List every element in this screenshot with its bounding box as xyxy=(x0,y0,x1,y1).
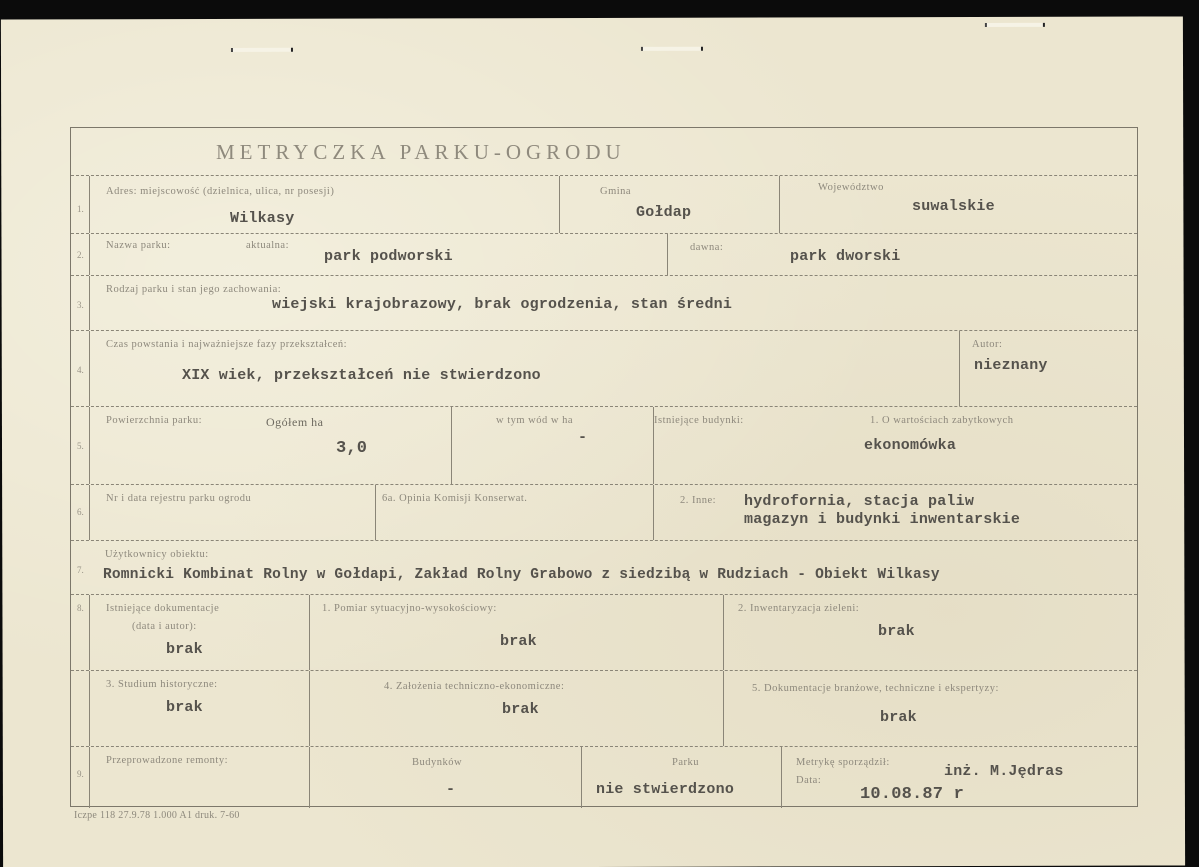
tech-value: brak xyxy=(502,701,539,718)
section-number: 5. xyxy=(77,441,84,451)
repairs-buildings-value: - xyxy=(446,781,455,798)
former-name-label: dawna: xyxy=(690,242,723,253)
section-number: 8. xyxy=(77,603,84,613)
repairs-park-cell: Parku nie stwierdzono xyxy=(581,747,781,808)
section-registry: 6. Nr i data rejestru parku ogrodu 6a. O… xyxy=(71,484,1137,540)
staple-mark xyxy=(985,23,1045,27)
section-documentation-2: 3. Studium historyczne: brak 4. Założeni… xyxy=(71,670,1137,746)
wojewodztwo-value: suwalskie xyxy=(912,198,995,215)
section-address: 1. Adres: miejscowość (dzielnica, ulica,… xyxy=(71,175,1137,233)
type-label: Rodzaj parku i stan jego zachowania: xyxy=(106,284,281,295)
address-cell: Adres: miejscowość (dzielnica, ulica, nr… xyxy=(89,176,559,233)
type-value: wiejski krajobrazowy, brak ogrodzenia, s… xyxy=(272,296,732,313)
users-label: Użytkownicy obiektu: xyxy=(105,549,209,560)
staple-mark xyxy=(641,47,703,51)
park-record-form: METRYCZKA PARKU-OGRODU 1. Adres: miejsco… xyxy=(70,127,1138,807)
name-label: Nazwa parku: xyxy=(106,240,171,251)
users-cell: Użytkownicy obiektu: Romnicki Kombinat R… xyxy=(89,541,1139,594)
other-buildings-cell: 2. Inne: hydrofornia, stacja paliw magaz… xyxy=(653,485,1139,540)
other-buildings-line1: hydrofornia, stacja paliw xyxy=(744,493,974,510)
wojewodztwo-cell: Województwo suwalskie xyxy=(779,176,1139,233)
repairs-park-value: nie stwierdzono xyxy=(596,781,734,798)
tech-cell: 4. Założenia techniczno-ekonomiczne: bra… xyxy=(309,671,723,746)
inventory-cell: 2. Inwentaryzacja zieleni: brak xyxy=(723,595,1139,670)
gmina-value: Gołdap xyxy=(636,204,691,221)
address-label: Adres: miejscowość (dzielnica, ulica, nr… xyxy=(106,186,334,197)
tech-label: 4. Założenia techniczno-ekonomiczne: xyxy=(384,681,564,692)
historic-buildings-value: ekonomówka xyxy=(864,437,956,454)
section-documentation: 8. Istniejące dokumentacje (data i autor… xyxy=(71,594,1137,670)
section-number: 9. xyxy=(77,769,84,779)
docs-value: brak xyxy=(166,641,203,658)
section-origin: 4. Czas powstania i najważniejsze fazy p… xyxy=(71,330,1137,406)
section-number: 3. xyxy=(77,300,84,310)
repairs-park-label: Parku xyxy=(672,757,699,768)
water-area-value: - xyxy=(578,429,587,446)
total-area-cell: Powierzchnia parku: Ogółem ha 3,0 xyxy=(89,407,451,484)
origin-value: XIX wiek, przekształceń nie stwierdzono xyxy=(182,367,541,384)
author-cell: Autor: nieznany xyxy=(959,331,1139,406)
section-number: 2. xyxy=(77,250,84,260)
form-title: METRYCZKA PARKU-OGRODU xyxy=(216,140,626,165)
gmina-cell: Gmina Gołdap xyxy=(559,176,779,233)
history-cell: 3. Studium historyczne: brak xyxy=(89,671,309,746)
date-value: 10.08.87 r xyxy=(860,785,964,804)
area-label: Powierzchnia parku: xyxy=(106,415,202,426)
docs-label: Istniejące dokumentacje xyxy=(106,603,219,614)
former-name-cell: dawna: park dworski xyxy=(667,234,1139,275)
repairs-buildings-label: Budynków xyxy=(412,757,462,768)
date-label: Data: xyxy=(796,775,821,786)
docs-cell: Istniejące dokumentacje (data i autor): … xyxy=(89,595,309,670)
section-number: 6. xyxy=(77,507,84,517)
branch-value: brak xyxy=(880,709,917,726)
repairs-cell: Przeprowadzone remonty: xyxy=(89,747,309,808)
origin-cell: Czas powstania i najważniejsze fazy prze… xyxy=(89,331,959,406)
registry-cell: Nr i data rejestru parku ogrodu xyxy=(89,485,375,540)
section-repairs: 9. Przeprowadzone remonty: Budynków - Pa… xyxy=(71,746,1137,808)
survey-value: brak xyxy=(500,633,537,650)
author-value: nieznany xyxy=(974,357,1048,374)
branch-cell: 5. Dokumentacje branżowe, techniczne i e… xyxy=(723,671,1139,746)
users-value: Romnicki Kombinat Rolny w Gołdapi, Zakła… xyxy=(103,567,940,583)
gmina-label: Gmina xyxy=(600,186,631,197)
former-name-value: park dworski xyxy=(790,248,900,265)
author-label: Autor: xyxy=(972,339,1002,350)
history-label: 3. Studium historyczne: xyxy=(106,679,218,690)
section-type: 3. Rodzaj parku i stan jego zachowania: … xyxy=(71,275,1137,330)
prepared-by-cell: Metrykę sporządził: inż. M.Jędras Data: … xyxy=(781,747,1139,808)
section-name: 2. Nazwa parku: aktualna: park podworski… xyxy=(71,233,1137,275)
historic-buildings-label: 1. O wartościach zabytkowych xyxy=(870,415,1013,426)
inventory-label: 2. Inwentaryzacja zieleni: xyxy=(738,603,859,614)
total-area-value: 3,0 xyxy=(336,439,367,458)
address-value: Wilkasy xyxy=(230,210,294,227)
section-number: 4. xyxy=(77,365,84,375)
section-number: 7. xyxy=(77,565,84,575)
other-buildings-label: 2. Inne: xyxy=(680,495,716,506)
survey-label: 1. Pomiar sytuacyjno-wysokościowy: xyxy=(322,603,497,614)
branch-label: 5. Dokumentacje branżowe, techniczne i e… xyxy=(752,683,999,694)
print-footer: Iczpe 118 27.9.78 1.000 A1 druk. 7-60 xyxy=(74,810,240,821)
origin-label: Czas powstania i najważniejsze fazy prze… xyxy=(106,339,347,350)
current-name-value: park podworski xyxy=(324,248,453,265)
water-area-label: w tym wód w ha xyxy=(496,415,573,426)
section-users: 7. Użytkownicy obiektu: Romnicki Kombina… xyxy=(71,540,1137,594)
repairs-label: Przeprowadzone remonty: xyxy=(106,755,228,766)
type-cell: Rodzaj parku i stan jego zachowania: wie… xyxy=(89,276,1139,330)
prepared-by-label: Metrykę sporządził: xyxy=(796,757,890,768)
opinion-cell: 6a. Opinia Komisji Konserwat. xyxy=(375,485,653,540)
buildings-label: Istniejące budynki: xyxy=(654,415,744,426)
inventory-value: brak xyxy=(878,623,915,640)
staple-mark xyxy=(231,48,293,52)
buildings-cell: Istniejące budynki: 1. O wartościach zab… xyxy=(653,407,1139,484)
docs-sublabel: (data i autor): xyxy=(132,621,197,632)
total-area-label: Ogółem ha xyxy=(266,415,324,430)
survey-cell: 1. Pomiar sytuacyjno-wysokościowy: brak xyxy=(309,595,723,670)
history-value: brak xyxy=(166,699,203,716)
section-area: 5. Powierzchnia parku: Ogółem ha 3,0 w t… xyxy=(71,406,1137,484)
other-buildings-line2: magazyn i budynki inwentarskie xyxy=(744,511,1020,528)
prepared-by-value: inż. M.Jędras xyxy=(944,763,1064,780)
water-area-cell: w tym wód w ha - xyxy=(451,407,653,484)
current-name-label: aktualna: xyxy=(246,240,289,251)
section-number: 1. xyxy=(77,204,84,214)
opinion-label: 6a. Opinia Komisji Konserwat. xyxy=(382,493,527,504)
wojewodztwo-label: Województwo xyxy=(818,182,884,193)
current-name-cell: Nazwa parku: aktualna: park podworski xyxy=(89,234,667,275)
registry-label: Nr i data rejestru parku ogrodu xyxy=(106,493,251,504)
repairs-buildings-cell: Budynków - xyxy=(309,747,581,808)
